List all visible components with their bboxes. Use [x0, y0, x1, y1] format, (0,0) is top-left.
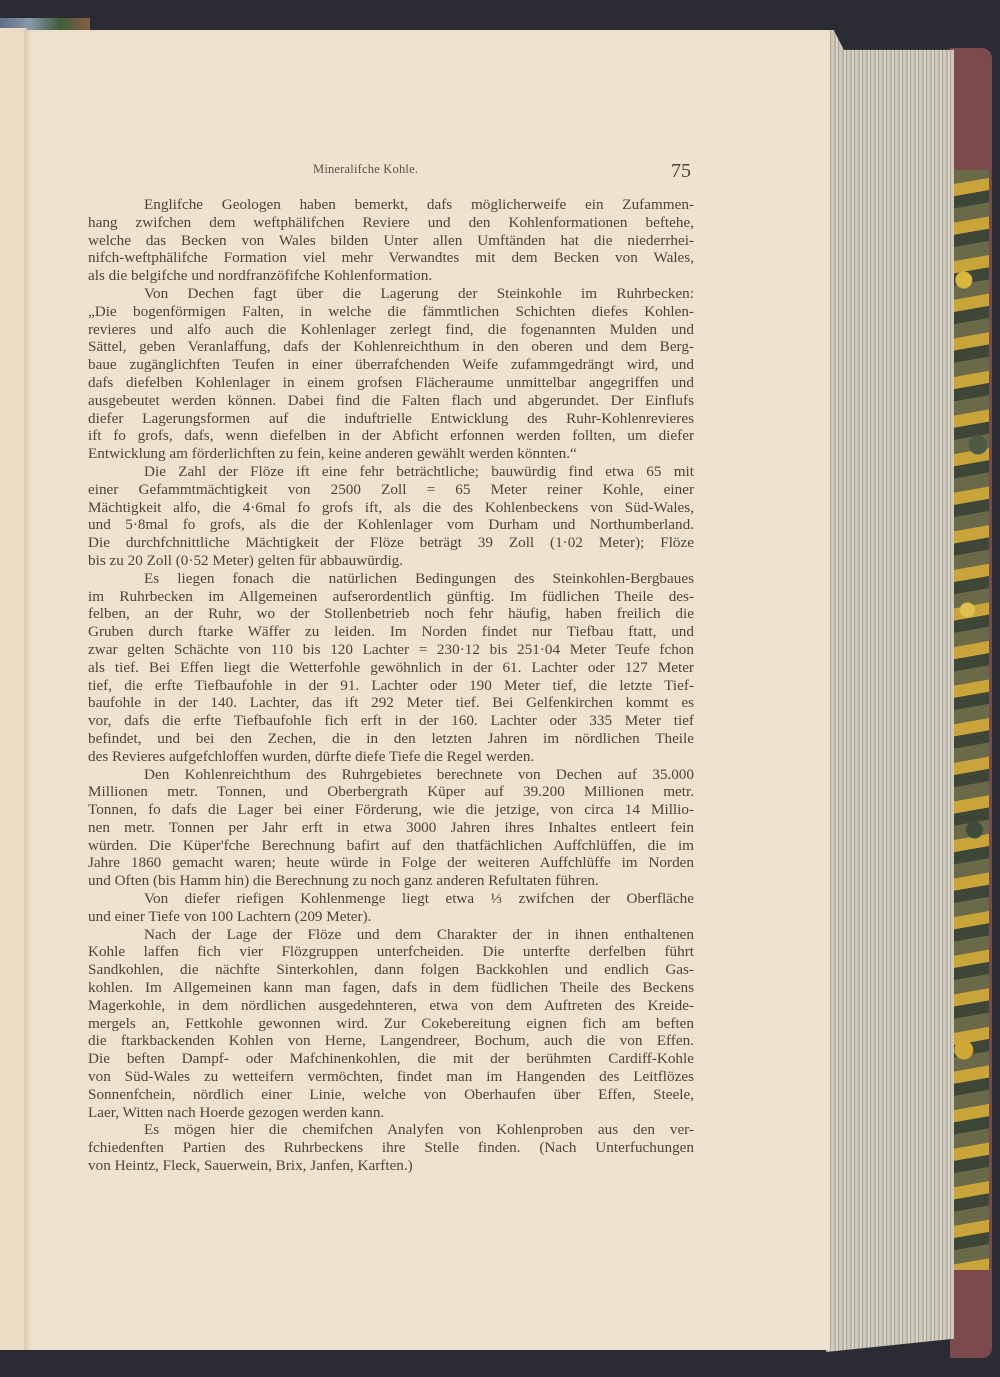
text-line: nifch-weftphälifche Formation viel mehr …: [88, 249, 694, 267]
text-line: Magerkohle, in dem nördlichen ausgedehnt…: [88, 997, 694, 1015]
book-scan: Mineralifche Kohle. 75 Englifche Geologe…: [0, 0, 1000, 1377]
text-line: Nach der Lage der Flöze und dem Charakte…: [88, 926, 694, 944]
text-line: dafs diefelben Kohlenlager in einem grof…: [88, 374, 694, 392]
text-line: Sättel, geben Veranlaffung, dafs der Koh…: [88, 338, 694, 356]
text-line: und 5·8mal fo grofs, als die der Kohlenl…: [88, 516, 694, 534]
marbled-paper-cover: [953, 170, 989, 1270]
text-line: Von Dechen fagt über die Lagerung der St…: [88, 285, 694, 303]
text-line: Die durchfchnittliche Mächtigkeit der Fl…: [88, 534, 694, 552]
text-line: ift fo grofs, dafs, wenn diefelben in de…: [88, 427, 694, 445]
text-line: zwar gelten Schächte von 110 bis 120 Lac…: [88, 641, 694, 659]
text-line: Die Zahl der Flöze ift eine fehr beträch…: [88, 463, 694, 481]
text-line: Es mögen hier die chemifchen Analyfen vo…: [88, 1121, 694, 1139]
text-line: kohlen. Im Allgemeinen kann man fagen, d…: [88, 979, 694, 997]
text-line: Kohle laffen fich vier Flözgruppen unter…: [88, 943, 694, 961]
text-line: Jahre 1860 gemacht waren; heute würde in…: [88, 854, 694, 872]
body-text: Englifche Geologen haben bemerkt, dafs m…: [88, 196, 694, 1175]
text-line: Sonnenfchein, nördlich einer Linie, welc…: [88, 1086, 694, 1104]
running-head: Mineralifche Kohle.: [313, 162, 418, 177]
text-line: hang zwifchen dem weftphälifchen Reviere…: [88, 214, 694, 232]
text-line: im Ruhrbecken im Allgemeinen aufserorden…: [88, 588, 694, 606]
text-line: fchiedenften Partien des Ruhrbeckens ihr…: [88, 1139, 694, 1157]
text-line: Englifche Geologen haben bemerkt, dafs m…: [88, 196, 694, 214]
text-line: als die belgifche und nordfranzöfifche K…: [88, 267, 694, 285]
text-line: einer Gefammtmächtigkeit von 2500 Zoll =…: [88, 481, 694, 499]
text-line: und einer Tiefe von 100 Lachtern (209 Me…: [88, 908, 694, 926]
text-line: Millionen metr. Tonnen, und Oberbergrath…: [88, 783, 694, 801]
text-line: Den Kohlenreichthum des Ruhrgebietes ber…: [88, 766, 694, 784]
text-line: die ftarkbackenden Kohlen von Herne, Lan…: [88, 1032, 694, 1050]
text-line: baufohle in der 140. Lachter, das ift 29…: [88, 694, 694, 712]
text-line: welche das Becken von Wales bilden Unter…: [88, 232, 694, 250]
text-line: von Heintz, Fleck, Sauerwein, Brix, Janf…: [88, 1157, 694, 1175]
text-line: bis zu 20 Zoll (0·52 Meter) gelten für a…: [88, 552, 694, 570]
text-line: Sandkohlen, die nächfte Sinterkohlen, da…: [88, 961, 694, 979]
text-line: würden. Die Küper'fche Berechnung bafirt…: [88, 837, 694, 855]
text-line: des Revieres aufgefchloffen wurden, dürf…: [88, 748, 694, 766]
text-line: Laer, Witten nach Hoerde gezogen werden …: [88, 1104, 694, 1122]
text-line: nen metr. Tonnen per Jahr erft in etwa 3…: [88, 819, 694, 837]
text-line: Mächtigkeit alfo, die 4·6mal fo grofs if…: [88, 499, 694, 517]
text-line: von Süd-Wales zu wetteifern vermöchten, …: [88, 1068, 694, 1086]
left-page-edge: [0, 28, 27, 1350]
page-edges-stack: [826, 30, 954, 1352]
text-line: Entwicklung am förderlichften zu fein, k…: [88, 445, 694, 463]
text-line: revieres und alfo auch die Kohlenlager z…: [88, 321, 694, 339]
text-line: diefer Lagerungsformen auf die induftrie…: [88, 410, 694, 428]
text-line: Von diefer riefigen Kohlenmenge liegt et…: [88, 890, 694, 908]
text-line: Tonnen, fo dafs die Lager bei einer Förd…: [88, 801, 694, 819]
text-line: „Die bogenförmigen Falten, in welche die…: [88, 303, 694, 321]
text-line: Es liegen fonach die natürlichen Bedingu…: [88, 570, 694, 588]
text-line: als tief. Bei Effen liegt die Wetterfohl…: [88, 659, 694, 677]
text-line: befindet, und bei den Zechen, die in den…: [88, 730, 694, 748]
text-line: Die beften Dampf- oder Mafchinenkohlen, …: [88, 1050, 694, 1068]
text-line: tief, die erfte Tiefbaufohle in der 91. …: [88, 677, 694, 695]
text-line: vor, dafs die erfte Tiefbaufohle fich er…: [88, 712, 694, 730]
text-line: und Often (bis Hamm hin) die Berechnung …: [88, 872, 694, 890]
page-number: 75: [671, 160, 691, 183]
text-line: Gruben durch ftarke Wäffer zu leiden. Im…: [88, 623, 694, 641]
text-line: mergels an, Fettkohle gewonnen wird. Zur…: [88, 1015, 694, 1033]
text-line: baue zugänglichften Teufen in einer über…: [88, 356, 694, 374]
text-line: ausgebeutet werden können. Dabei find di…: [88, 392, 694, 410]
text-line: felben, an der Ruhr, wo der Stollenbetri…: [88, 605, 694, 623]
